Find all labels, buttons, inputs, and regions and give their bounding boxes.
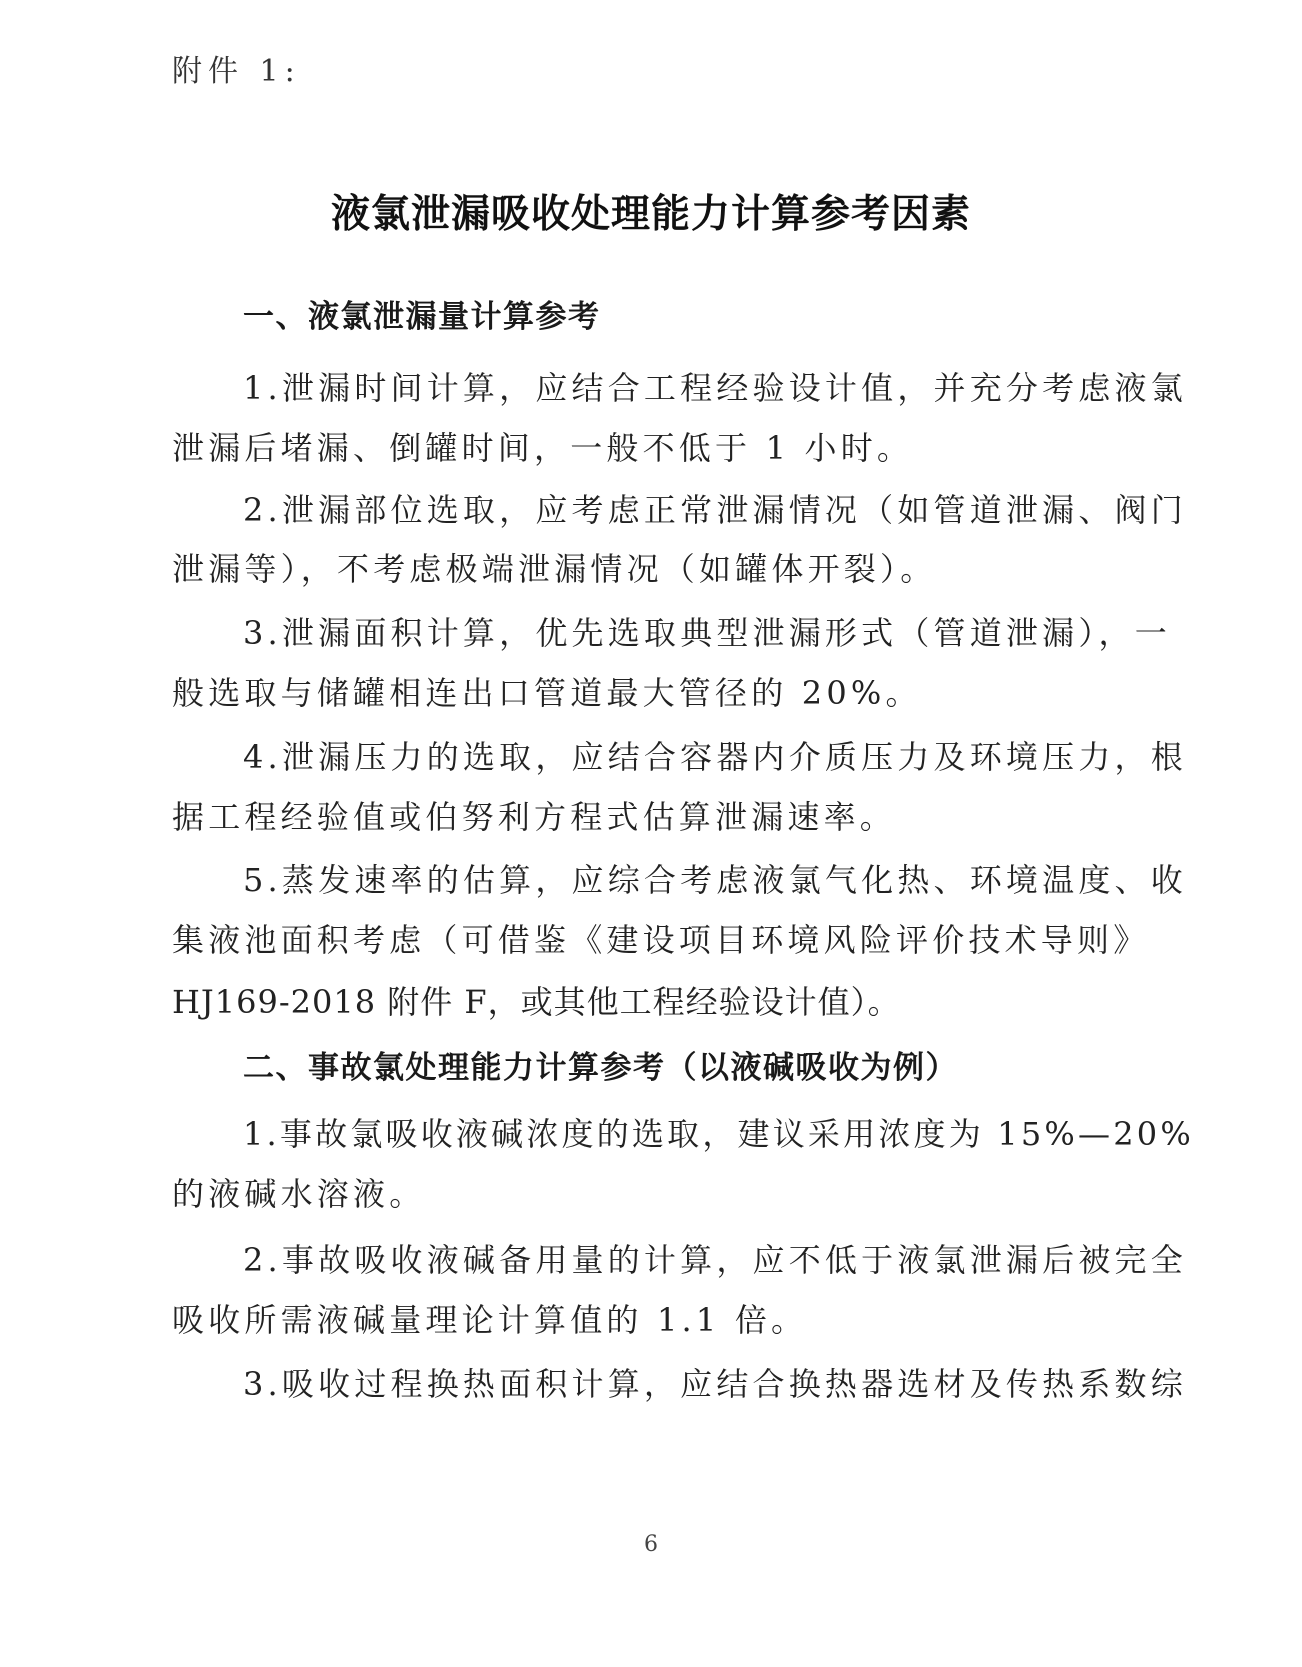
paragraph-line: 般选取与储罐相连出口管道最大管径的 20%。	[172, 673, 1150, 713]
document-page: 附件 1: 液氯泄漏吸收处理能力计算参考因素 一、液氯泄漏量计算参考 1.泄漏时…	[0, 0, 1302, 1667]
paragraph-line: 的液碱水溶液。	[172, 1174, 1150, 1214]
attachment-label: 附件 1:	[172, 52, 301, 92]
paragraph-line: HJ169-2018 附件 F，或其他工程经验设计值）。	[172, 982, 1150, 1022]
section-heading-1: 一、液氯泄漏量计算参考	[243, 297, 1150, 337]
paragraph-line: 1.事故氯吸收液碱浓度的选取，建议采用浓度为 15%—20%	[243, 1114, 1150, 1154]
paragraph-line: 3.泄漏面积计算，优先选取典型泄漏形式（管道泄漏），一	[243, 613, 1150, 653]
paragraph-line: 5.蒸发速率的估算，应综合考虑液氯气化热、环境温度、收	[243, 860, 1150, 900]
paragraph-line: 集液池面积考虑（可借鉴《建设项目环境风险评价技术导则》	[172, 920, 1150, 960]
paragraph-line: 3.吸收过程换热面积计算，应结合换热器选材及传热系数综	[243, 1364, 1150, 1404]
paragraph-line: 据工程经验值或伯努利方程式估算泄漏速率。	[172, 797, 1150, 837]
paragraph-line: 2.泄漏部位选取，应考虑正常泄漏情况（如管道泄漏、阀门	[243, 490, 1150, 530]
document-title: 液氯泄漏吸收处理能力计算参考因素	[0, 190, 1302, 238]
paragraph-line: 吸收所需液碱量理论计算值的 1.1 倍。	[172, 1300, 1150, 1340]
paragraph-line: 2.事故吸收液碱备用量的计算，应不低于液氯泄漏后被完全	[243, 1240, 1150, 1280]
section-heading-2: 二、事故氯处理能力计算参考（以液碱吸收为例）	[243, 1048, 1150, 1088]
page-number: 6	[0, 1530, 1302, 1560]
paragraph-line: 泄漏后堵漏、倒罐时间，一般不低于 1 小时。	[172, 428, 1150, 468]
paragraph-line: 4.泄漏压力的选取，应结合容器内介质压力及环境压力，根	[243, 737, 1150, 777]
paragraph-line: 泄漏等），不考虑极端泄漏情况（如罐体开裂）。	[172, 549, 1150, 589]
paragraph-line: 1.泄漏时间计算，应结合工程经验设计值，并充分考虑液氯	[243, 368, 1150, 408]
